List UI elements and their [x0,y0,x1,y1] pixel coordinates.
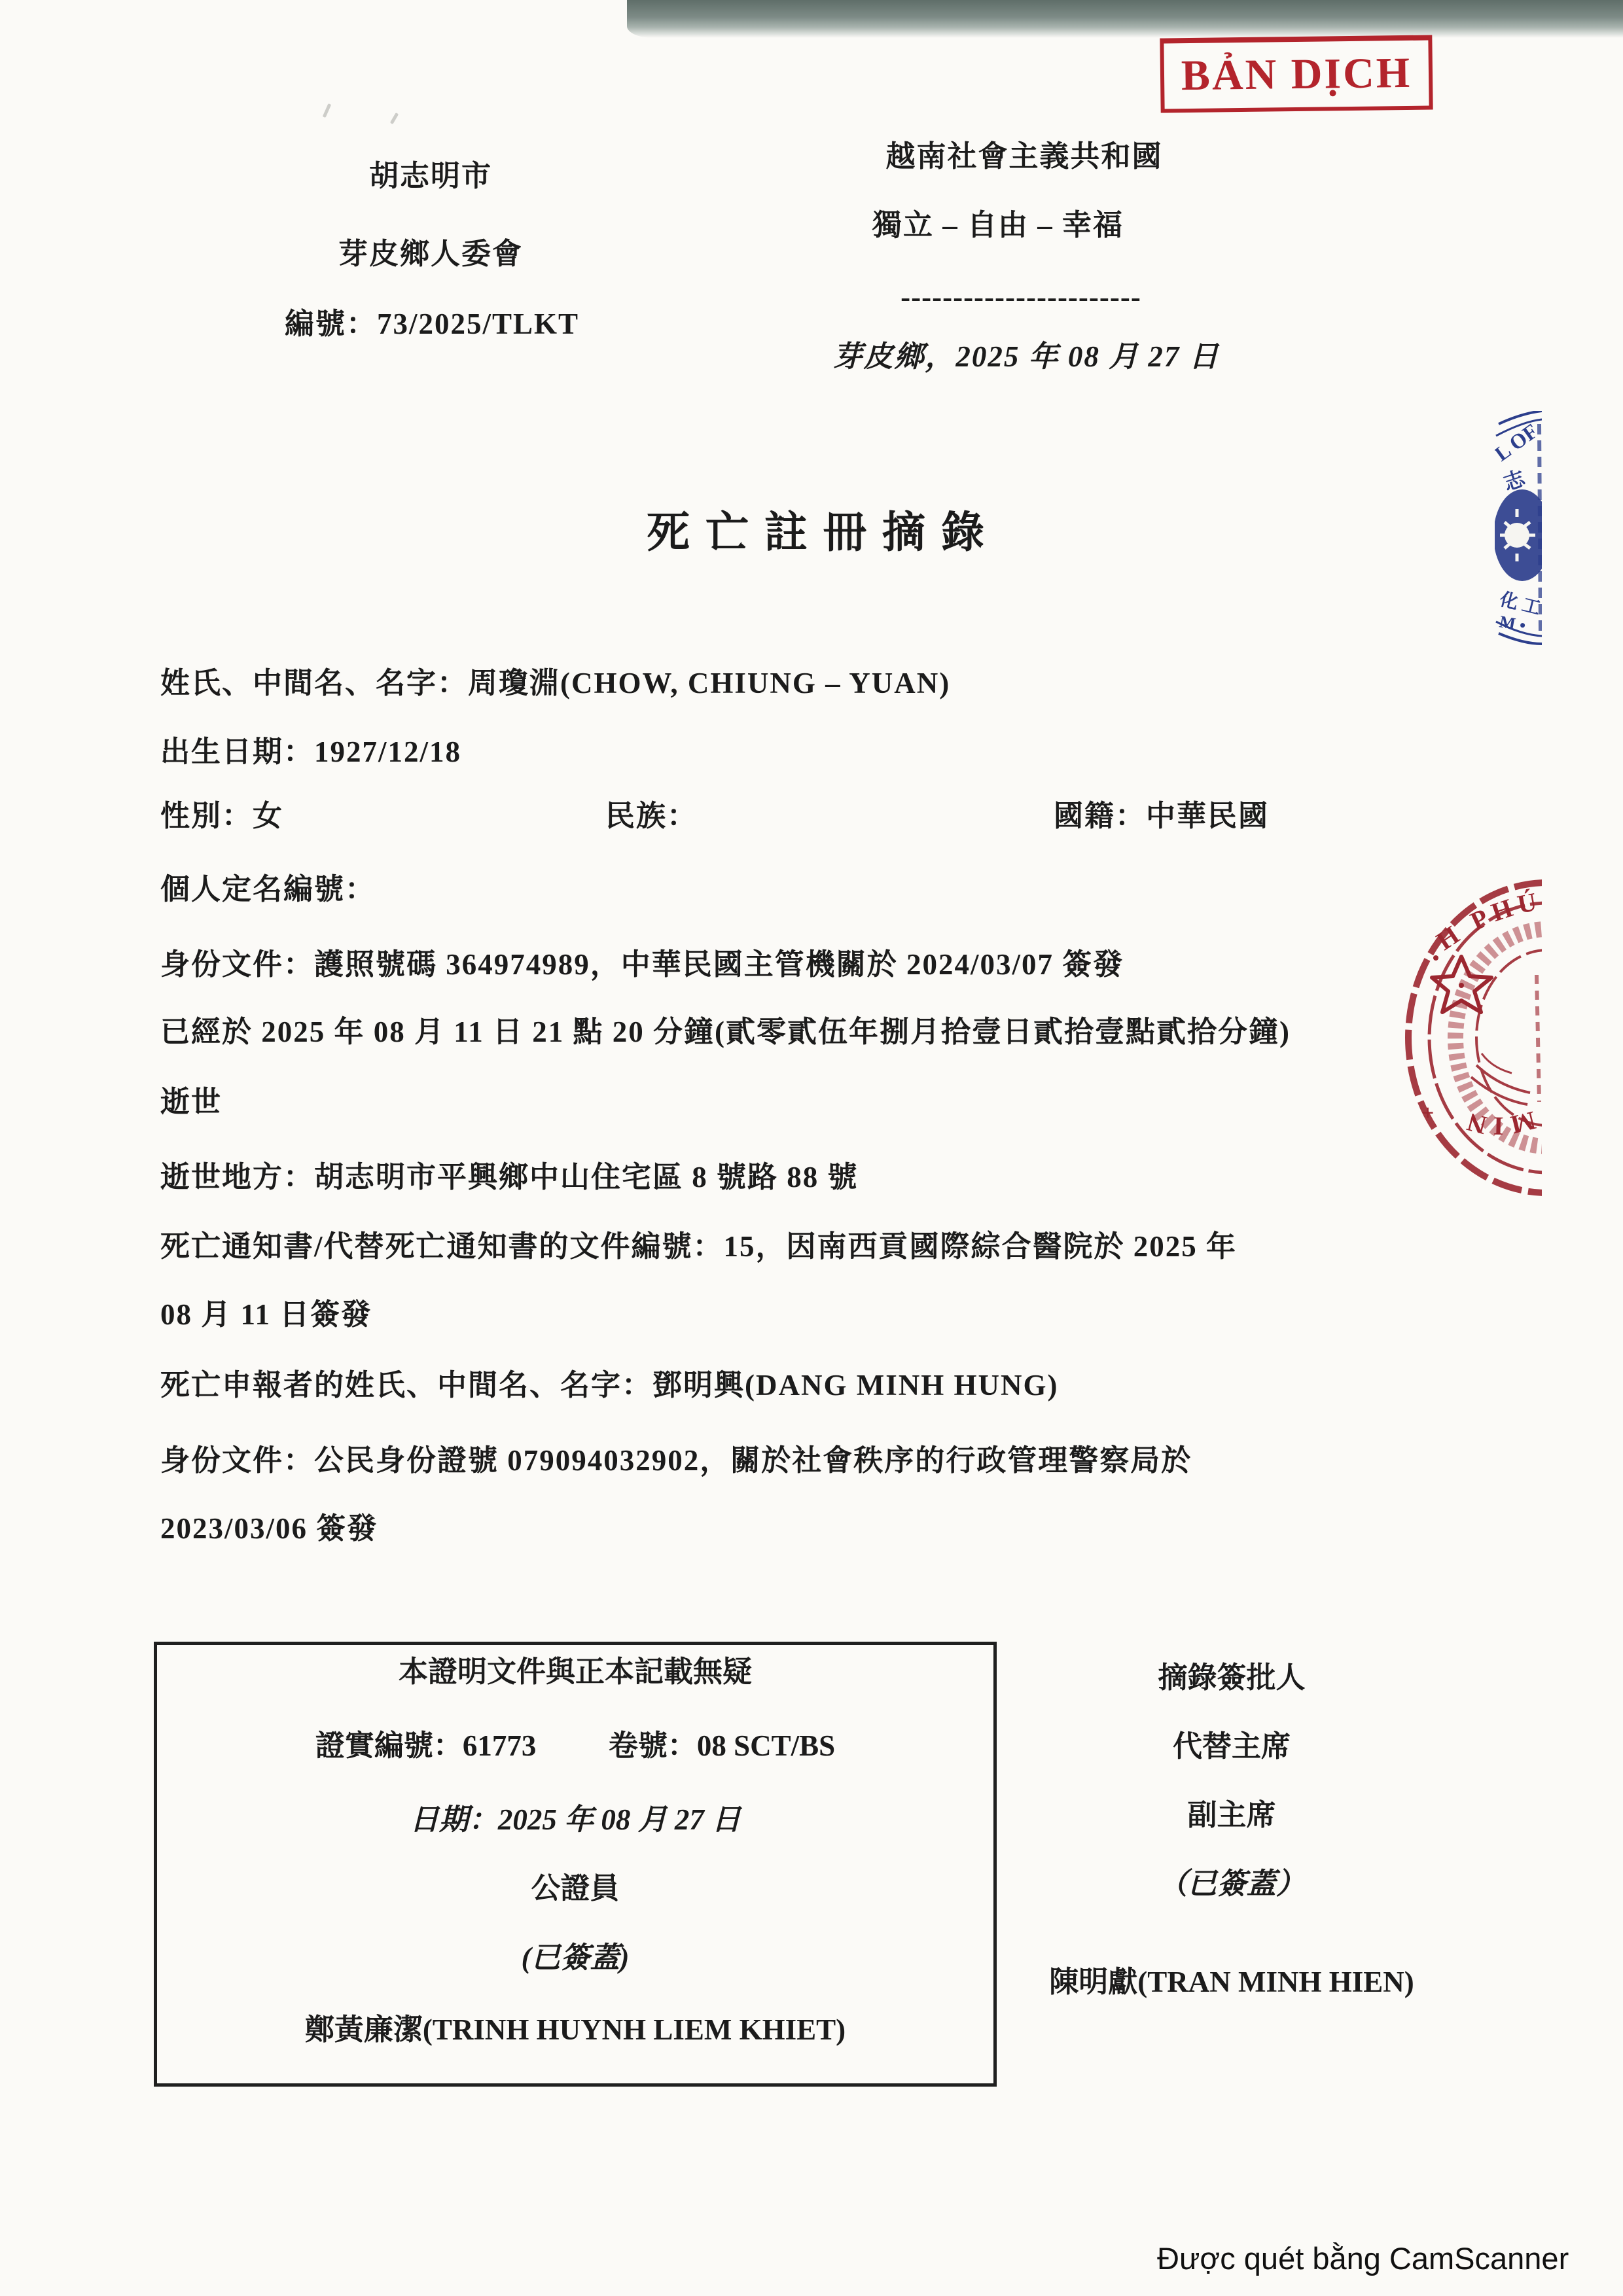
notary-role: 公證員 [531,1874,619,1903]
scan-noise-mark [390,113,399,124]
certification-statement: 本證明文件與正本記載無疑 [399,1657,752,1687]
certification-date: 日期：2025 年 08 月 27 日 [410,1805,741,1835]
field-gender: 性別：女 [160,802,283,831]
vietnam-emblem-seal: H PHÚ MINH + [1394,877,1542,1199]
red-seal-bullet: + [1421,1101,1434,1125]
translation-stamp-label: BẢN DỊCH [1181,48,1412,101]
camscanner-watermark: Được quét bằng CamScanner [1157,2240,1569,2276]
blue-seal-text-top: L OF [1495,419,1542,465]
notary-signed-note: (已簽蓋) [522,1943,630,1973]
country-name: 越南社會主義共和國 [885,142,1162,171]
reference-number: 編號：73/2025/TLKT [285,309,579,339]
notary-certification-box: 本證明文件與正本記載無疑 證實編號：61773 卷號：08 SCT/BS 日期：… [154,1642,997,2087]
approver-signed-note: （已簽蓋） [1158,1869,1305,1899]
approver-title: 摘錄簽批人 [1158,1663,1305,1693]
national-motto: 獨立 – 自由 – 幸福 [872,211,1124,240]
field-declarant-id-line2: 2023/03/06 簽發 [160,1514,378,1544]
certification-numbers: 證實編號：61773 卷號：08 SCT/BS [315,1731,835,1761]
scan-noise-mark [323,103,332,118]
field-death-notice-line1: 死亡通知書/代替死亡通知書的文件編號：15，因南西貢國際綜合醫院於 2025 年 [160,1232,1237,1262]
volume-number: 卷號：08 SCT/BS [609,1729,835,1762]
separator-dashes: ----------------------- [901,283,1141,312]
field-nationality: 國籍：中華民國 [1054,802,1269,831]
field-declarant-id-line1: 身份文件：公民身份證號 079094032902，關於社會秩序的行政管理警察局於 [160,1446,1192,1475]
scanned-death-registration-extract: BẢN DỊCH 胡志明市 芽皮鄉人委會 編號：73/2025/TLKT 越南社… [0,0,1623,2296]
field-death-time-line1: 已經於 2025 年 08 月 11 日 21 點 20 分鐘(貳零貳伍年捌月拾… [160,1017,1291,1047]
field-death-time-line2: 逝世 [160,1087,222,1117]
field-name: 姓氏、中間名、名字：周瓊淵(CHOW, CHIUNG – YUAN) [160,669,950,698]
blue-seal-graphic: L OF 志 化 工 M • [1495,411,1542,648]
document-title: 死亡註冊摘錄 [647,497,1000,559]
field-ethnicity: 民族： [605,802,698,831]
approver-role2: 副主席 [1187,1801,1275,1830]
approver-role1: 代替主席 [1173,1732,1291,1761]
red-seal-graphic: H PHÚ MINH + [1394,877,1542,1199]
field-personal-id: 個人定名編號： [160,875,376,904]
place-and-date: 芽皮鄉，2025 年 08 月 27 日 [832,342,1219,372]
issuing-city: 胡志明市 [369,162,492,191]
blue-round-office-seal: L OF 志 化 工 M • [1495,411,1542,648]
field-death-place: 逝世地方：胡志明市平興鄉中山住宅區 8 號路 88 號 [160,1163,859,1192]
field-declarant-name: 死亡申報者的姓氏、中間名、名字：鄧明興(DANG MINH HUNG) [160,1371,1058,1400]
field-id-document: 身份文件：護照號碼 364974989，中華民國主管機關於 2024/03/07… [160,950,1124,980]
field-date-of-birth: 出生日期：1927/12/18 [160,737,461,767]
translation-stamp: BẢN DỊCH [1160,35,1433,113]
field-death-notice-line2: 08 月 11 日簽發 [160,1300,372,1330]
approver-name: 陳明獻(TRAN MINH HIEN) [1049,1968,1414,1997]
scan-edge-band [627,0,1623,38]
issuing-committee: 芽皮鄉人委會 [338,239,523,269]
notary-name: 鄭黃廉潔(TRINH HUYNH LIEM KHIET) [305,2015,846,2045]
certification-number: 證實編號：61773 [315,1729,537,1762]
blue-seal-text-bottom: M • [1498,612,1527,635]
